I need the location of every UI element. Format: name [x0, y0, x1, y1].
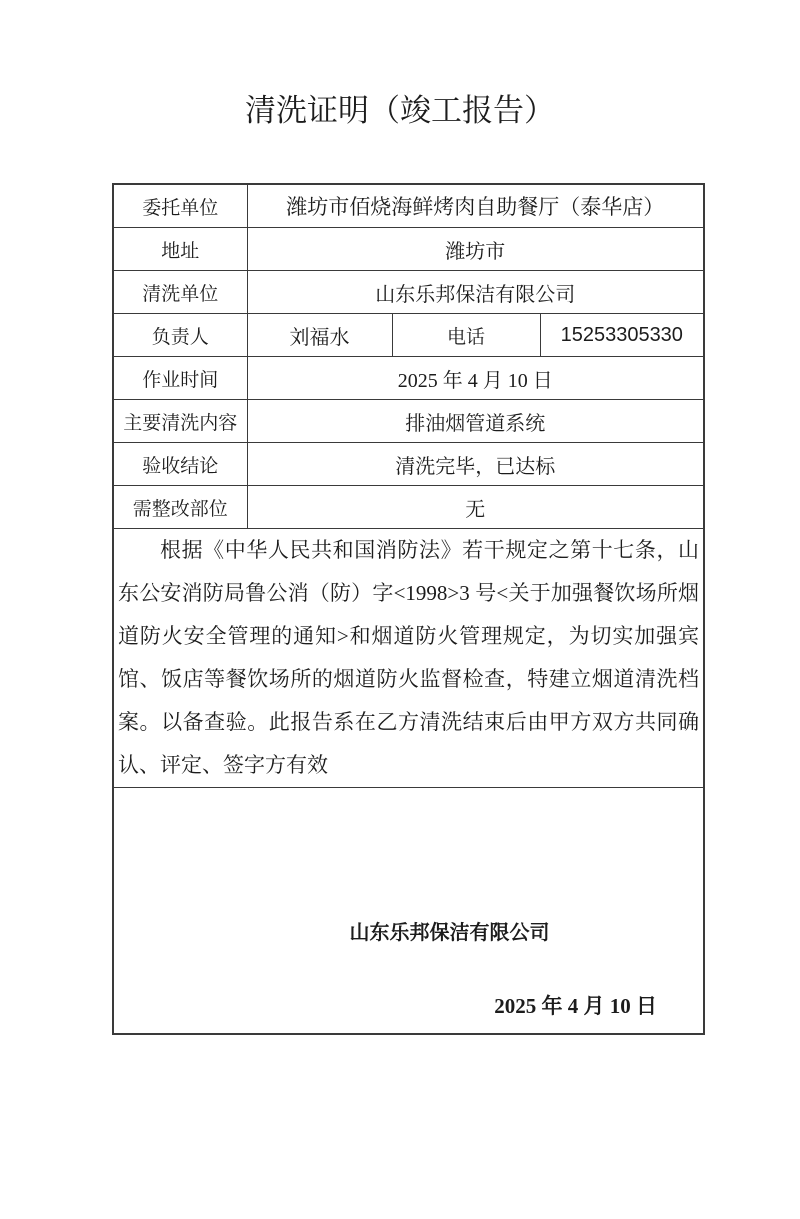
- field-label-rectification: 需整改部位: [113, 486, 247, 529]
- table-row-notice: 根据《中华人民共和国消防法》若干规定之第十七条，山东公安消防局鲁公消（防）字<1…: [113, 529, 704, 788]
- table-row-cleaning-company: 清洗单位 山东乐邦保洁有限公司: [113, 271, 704, 314]
- document-title: 清洗证明（竣工报告）: [0, 88, 800, 134]
- signature-date: 2025 年 4 月 10 日: [494, 990, 657, 1020]
- field-label-cleaning-content: 主要清洗内容: [113, 400, 247, 443]
- notice-cell: 根据《中华人民共和国消防法》若干规定之第十七条，山东公安消防局鲁公消（防）字<1…: [113, 529, 704, 788]
- field-label-acceptance-conclusion: 验收结论: [113, 443, 247, 486]
- field-value-rectification: 无: [247, 486, 704, 529]
- table-row-person-in-charge: 负责人 刘福水 电话 15253305330: [113, 314, 704, 357]
- field-label-person-in-charge: 负责人: [113, 314, 247, 357]
- table-row-work-date: 作业时间 2025 年 4 月 10 日: [113, 357, 704, 400]
- field-label-address: 地址: [113, 228, 247, 271]
- field-label-cleaning-company: 清洗单位: [113, 271, 247, 314]
- signature-cell: 山东乐邦保洁有限公司 2025 年 4 月 10 日: [113, 788, 704, 1035]
- field-label-work-date: 作业时间: [113, 357, 247, 400]
- table-row-rectification: 需整改部位 无: [113, 486, 704, 529]
- field-value-phone: 15253305330: [540, 314, 704, 357]
- field-value-cleaning-company: 山东乐邦保洁有限公司: [247, 271, 704, 314]
- field-value-address: 潍坊市: [247, 228, 704, 271]
- table-row-signature: 山东乐邦保洁有限公司 2025 年 4 月 10 日: [113, 788, 704, 1035]
- field-value-cleaning-content: 排油烟管道系统: [247, 400, 704, 443]
- field-value-work-date: 2025 年 4 月 10 日: [247, 357, 704, 400]
- field-value-acceptance-conclusion: 清洗完毕，已达标: [247, 443, 704, 486]
- field-label-client: 委托单位: [113, 184, 247, 228]
- certificate-table: 委托单位 潍坊市佰烧海鲜烤肉自助餐厅（泰华店） 地址 潍坊市 清洗单位 山东乐邦…: [112, 183, 705, 1035]
- field-value-client: 潍坊市佰烧海鲜烤肉自助餐厅（泰华店）: [247, 184, 704, 228]
- table-row-address: 地址 潍坊市: [113, 228, 704, 271]
- signature-company: 山东乐邦保洁有限公司: [200, 916, 699, 945]
- field-value-person-in-charge: 刘福水: [247, 314, 392, 357]
- table-row-cleaning-content: 主要清洗内容 排油烟管道系统: [113, 400, 704, 443]
- field-label-phone: 电话: [392, 314, 540, 357]
- notice-paragraph: 根据《中华人民共和国消防法》若干规定之第十七条，山东公安消防局鲁公消（防）字<1…: [118, 529, 699, 787]
- table-row-acceptance-conclusion: 验收结论 清洗完毕，已达标: [113, 443, 704, 486]
- table-row-client: 委托单位 潍坊市佰烧海鲜烤肉自助餐厅（泰华店）: [113, 184, 704, 228]
